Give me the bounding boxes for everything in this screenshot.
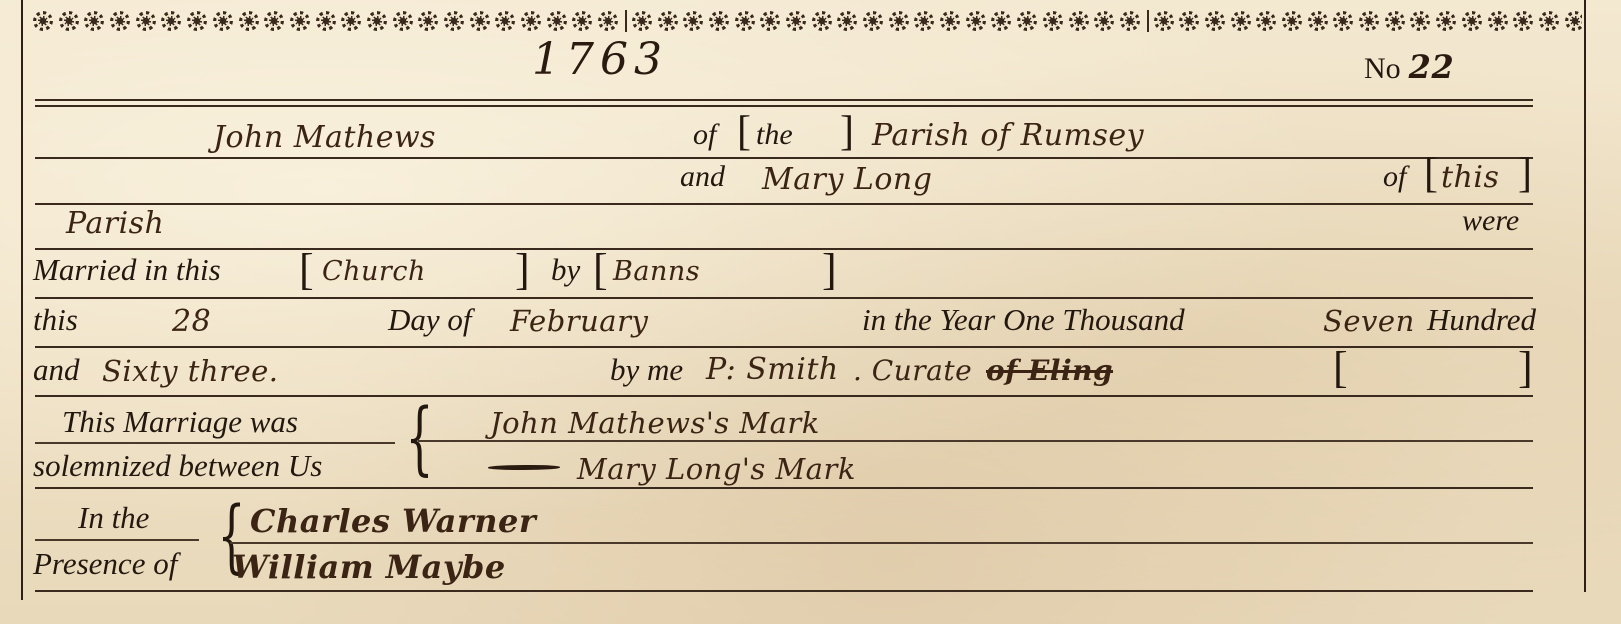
rosette-ornament-icon xyxy=(682,10,704,32)
bride-bracket-value: this xyxy=(1441,160,1499,195)
top-double-rule-2 xyxy=(35,105,1533,107)
rosette-ornament-icon xyxy=(546,10,568,32)
rosette-ornament-icon xyxy=(657,10,679,32)
entry-number: No 22 xyxy=(1364,48,1454,86)
rosette-ornament-icon xyxy=(862,10,884,32)
rosette-ornament-icon xyxy=(1178,10,1200,32)
bride-mark-symbol xyxy=(488,465,560,470)
groom-of-label: of xyxy=(693,118,716,152)
rosette-ornament-icon xyxy=(1384,10,1406,32)
rosette-ornament-icon xyxy=(494,10,516,32)
date-month: February xyxy=(510,304,648,338)
rosette-ornament-icon xyxy=(1538,10,1560,32)
signature1-rule xyxy=(418,440,1533,442)
signature-bride-mark: Mary Long's Mark xyxy=(577,452,856,486)
rosette-ornament-icon xyxy=(1332,10,1354,32)
rosette-ornament-icon xyxy=(1230,10,1252,32)
rosette-ornament-icon xyxy=(1068,10,1090,32)
date-year-century: Seven xyxy=(1323,304,1415,338)
officiant-bracket-open: [ xyxy=(1333,342,1348,393)
rosette-ornament-icon xyxy=(708,10,730,32)
place-bracket-close: ] xyxy=(515,244,530,295)
rosette-ornament-icon xyxy=(289,10,311,32)
ornament-border xyxy=(32,8,1582,34)
register-year: 1763 xyxy=(532,34,668,85)
rosette-ornament-icon xyxy=(913,10,935,32)
date-year-prefix: in the Year One Thousand xyxy=(862,302,1185,338)
groom-name: John Mathews xyxy=(213,120,436,155)
rosette-ornament-icon xyxy=(83,10,105,32)
rosette-ornament-icon xyxy=(135,10,157,32)
groom-bracket-open: [ xyxy=(737,108,751,156)
solemnized-brace: { xyxy=(405,398,433,478)
date-year-remainder: Sixty three. xyxy=(102,354,279,388)
rosette-ornament-icon xyxy=(785,10,807,32)
witness-2-name: William Maybe xyxy=(232,548,506,586)
rosette-ornament-icon xyxy=(965,10,987,32)
row4-rule xyxy=(35,297,1533,299)
rosette-ornament-icon xyxy=(417,10,439,32)
bride-bracket-close: ] xyxy=(1518,150,1532,198)
rosette-ornament-icon xyxy=(1016,10,1038,32)
rosette-ornament-icon xyxy=(238,10,260,32)
rosette-ornament-icon xyxy=(1281,10,1303,32)
place-bracket-open: [ xyxy=(299,244,314,295)
rosette-ornament-icon xyxy=(520,10,542,32)
rosette-ornament-icon xyxy=(392,10,414,32)
married-label: Married in this xyxy=(33,252,221,288)
rosette-ornament-icon xyxy=(734,10,756,32)
frame-right-border xyxy=(1584,0,1586,592)
method-bracket-open: [ xyxy=(593,244,608,295)
rosette-ornament-icon xyxy=(1487,10,1509,32)
rosette-ornament-icon xyxy=(1512,10,1534,32)
date-day: 28 xyxy=(172,304,211,339)
rosette-ornament-icon xyxy=(212,10,234,32)
date-and-label: and xyxy=(33,352,80,388)
ceremony-place: Church xyxy=(322,256,426,287)
rosette-ornament-icon xyxy=(1461,10,1483,32)
frame-left-border xyxy=(21,0,23,600)
ceremony-method: Banns xyxy=(613,256,700,287)
rosette-ornament-icon xyxy=(990,10,1012,32)
bride-of-label: of xyxy=(1383,160,1406,194)
witness-label-line1: In the xyxy=(78,500,149,536)
groom-bracket-value: the xyxy=(756,118,793,152)
rosette-ornament-icon xyxy=(58,10,80,32)
rosette-ornament-icon xyxy=(1204,10,1226,32)
officiant-bracket-close: ] xyxy=(1518,342,1533,393)
method-bracket-close: ] xyxy=(822,244,837,295)
witness1-rule xyxy=(230,542,1533,544)
rosette-ornament-icon xyxy=(939,10,961,32)
rosette-ornament-icon xyxy=(160,10,182,32)
groom-parish: Parish of Rumsey xyxy=(872,118,1144,153)
date-day-of-label: Day of xyxy=(388,302,472,338)
row5-rule xyxy=(35,346,1533,348)
row8-rule xyxy=(35,487,1533,489)
witness-1-name: Charles Warner xyxy=(250,502,536,540)
rosette-ornament-icon xyxy=(888,10,910,32)
rosette-ornament-icon xyxy=(631,10,653,32)
rosette-ornament-icon xyxy=(263,10,285,32)
date-this-label: this xyxy=(33,302,78,338)
rosette-ornament-icon xyxy=(1409,10,1431,32)
by-label: by xyxy=(551,252,580,288)
ornament-divider xyxy=(1147,10,1149,32)
witness-label-rule xyxy=(35,539,199,541)
rosette-ornament-icon xyxy=(1564,10,1582,32)
officiant-name: P: Smith xyxy=(706,352,839,387)
officiant-title: . Curate xyxy=(853,354,972,387)
rosette-ornament-icon xyxy=(109,10,131,32)
row6-rule xyxy=(35,395,1533,397)
solemnized-label-line2: solemnized between Us xyxy=(33,448,322,484)
rosette-ornament-icon xyxy=(186,10,208,32)
rosette-ornament-icon xyxy=(1255,10,1277,32)
bride-parish-word: Parish xyxy=(66,206,164,241)
entry-number-value: 22 xyxy=(1409,48,1455,86)
solemnized-label-line1: This Marriage was xyxy=(62,404,298,440)
ornament-divider xyxy=(625,10,627,32)
rosette-ornament-icon xyxy=(366,10,388,32)
rosette-ornament-icon xyxy=(315,10,337,32)
bottom-rule xyxy=(35,590,1533,592)
date-hundred-label: Hundred xyxy=(1427,302,1536,338)
rosette-ornament-icon xyxy=(597,10,619,32)
solemnized-label-rule xyxy=(35,442,395,444)
row3-rule xyxy=(35,248,1533,250)
witness-label-line2: Presence of xyxy=(33,546,177,582)
rosette-ornament-icon xyxy=(443,10,465,32)
register-page: 1763 No 22 John Mathews of [ the ] Paris… xyxy=(0,0,1621,624)
rosette-ornament-icon xyxy=(1093,10,1115,32)
were-label: were xyxy=(1462,204,1519,238)
rosette-ornament-icon xyxy=(1042,10,1064,32)
rosette-ornament-icon xyxy=(340,10,362,32)
rosette-ornament-icon xyxy=(836,10,858,32)
rosette-ornament-icon xyxy=(32,10,54,32)
rosette-ornament-icon xyxy=(1358,10,1380,32)
officiant-by-me-label: by me xyxy=(610,352,683,388)
rosette-ornament-icon xyxy=(1153,10,1175,32)
top-double-rule-1 xyxy=(35,99,1533,101)
rosette-ornament-icon xyxy=(1307,10,1329,32)
bride-and-label: and xyxy=(680,160,725,194)
officiant-struck-text: of Eling xyxy=(986,354,1113,387)
rosette-ornament-icon xyxy=(1435,10,1457,32)
signature-groom-mark: John Mathews's Mark xyxy=(490,406,820,440)
rosette-ornament-icon xyxy=(759,10,781,32)
rosette-ornament-icon xyxy=(811,10,833,32)
groom-bracket-close: ] xyxy=(840,108,854,156)
rosette-ornament-icon xyxy=(571,10,593,32)
row2-rule xyxy=(35,203,1533,205)
bride-bracket-open: [ xyxy=(1424,150,1438,198)
bride-name: Mary Long xyxy=(762,162,932,197)
row1-rule xyxy=(35,157,1533,159)
rosette-ornament-icon xyxy=(1119,10,1141,32)
entry-number-label: No xyxy=(1364,52,1401,85)
rosette-ornament-icon xyxy=(469,10,491,32)
